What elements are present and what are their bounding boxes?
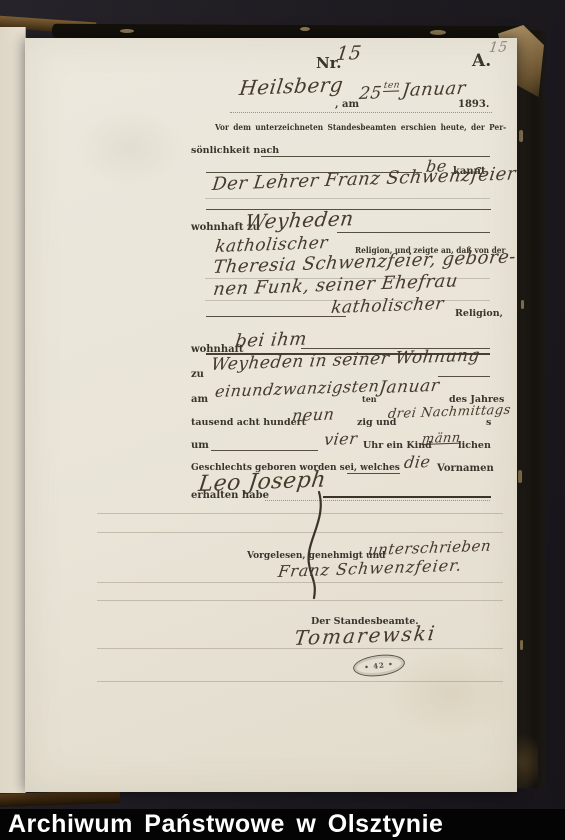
left-page-edge [0,27,26,793]
archive-banner: Archiwum Państwowe w Olsztynie [0,809,565,840]
residence-value: Weyheden [244,206,355,234]
guide-line [97,681,503,682]
birthdate-day: einundzwanzigsten [214,376,381,401]
paper-tatter [120,29,134,33]
form-rule [211,450,318,451]
time-hand: vier [323,429,359,449]
birthdate-suffix: ten [362,394,377,404]
scanned-register-photo: Nr. 15 A. 15 Heilsberg , am 25 ten Janua… [0,0,565,840]
cover-speck [521,300,524,309]
birthdate-label: am [191,394,208,405]
received-printed: erhalten habe [191,490,269,501]
form-rule [347,473,400,474]
date-day-suffix: ten [383,80,401,92]
birthplace-label: zu [191,369,204,380]
residence2-value: bei ihm [234,328,308,352]
register-page: Nr. 15 A. 15 Heilsberg , am 25 ten Janua… [25,38,517,792]
year-printed-3: s [486,417,491,428]
guide-line [97,582,503,583]
year-hand-1: neun [291,404,336,425]
date-day: 25 [358,83,383,104]
religion2-printed: Religion, [455,308,503,319]
intro-line-1: Vor dem unterzeichneten Standesbeamten e… [215,123,506,133]
form-rule [438,376,490,377]
date-month: Januar [401,78,467,101]
year-hand-2: drei Nachmittags [387,403,512,422]
time-label: um [191,440,209,451]
cover-speck [520,640,523,650]
form-rule [261,156,490,157]
guide-line [97,648,503,649]
place-name: Heilsberg [238,72,345,100]
registrar-signature: Tomarewski [293,621,438,650]
form-rule [337,232,490,233]
record-number-value: 15 [335,42,363,65]
guide-line [205,198,490,199]
form-line [230,112,492,113]
flourish-stroke [293,490,333,602]
religion2-hand: katholischer [330,294,445,318]
hand-drawn-line [323,496,491,498]
corner-pencil-note: 15 [488,39,509,56]
date-year: 1893. [458,99,489,110]
book-cover-right-edge [517,30,546,788]
year-printed-1: tausend acht hundert [191,417,306,428]
gender-hand: männ [421,431,462,447]
guide-line [97,600,503,601]
cover-speck [518,470,522,483]
page-stain [75,108,185,188]
archive-banner-title: Archiwum Państwowe w Olsztynie [0,809,565,840]
gender-printed: lichen [458,440,491,451]
declarant-name: Der Lehrer Franz Schwenzfeier [211,163,517,195]
form-rule [206,316,346,317]
date-prefix: , am [335,99,359,110]
intro-line-2: sönlichkeit nach [191,145,279,156]
birthdate-month: Januar [378,376,441,398]
book-bottom-edge-left [0,790,120,807]
sex-line-printed2: Vornamen [437,463,494,474]
paper-tatter [300,27,310,31]
sex-line-hand: die [403,452,432,472]
paper-tatter [430,30,446,35]
